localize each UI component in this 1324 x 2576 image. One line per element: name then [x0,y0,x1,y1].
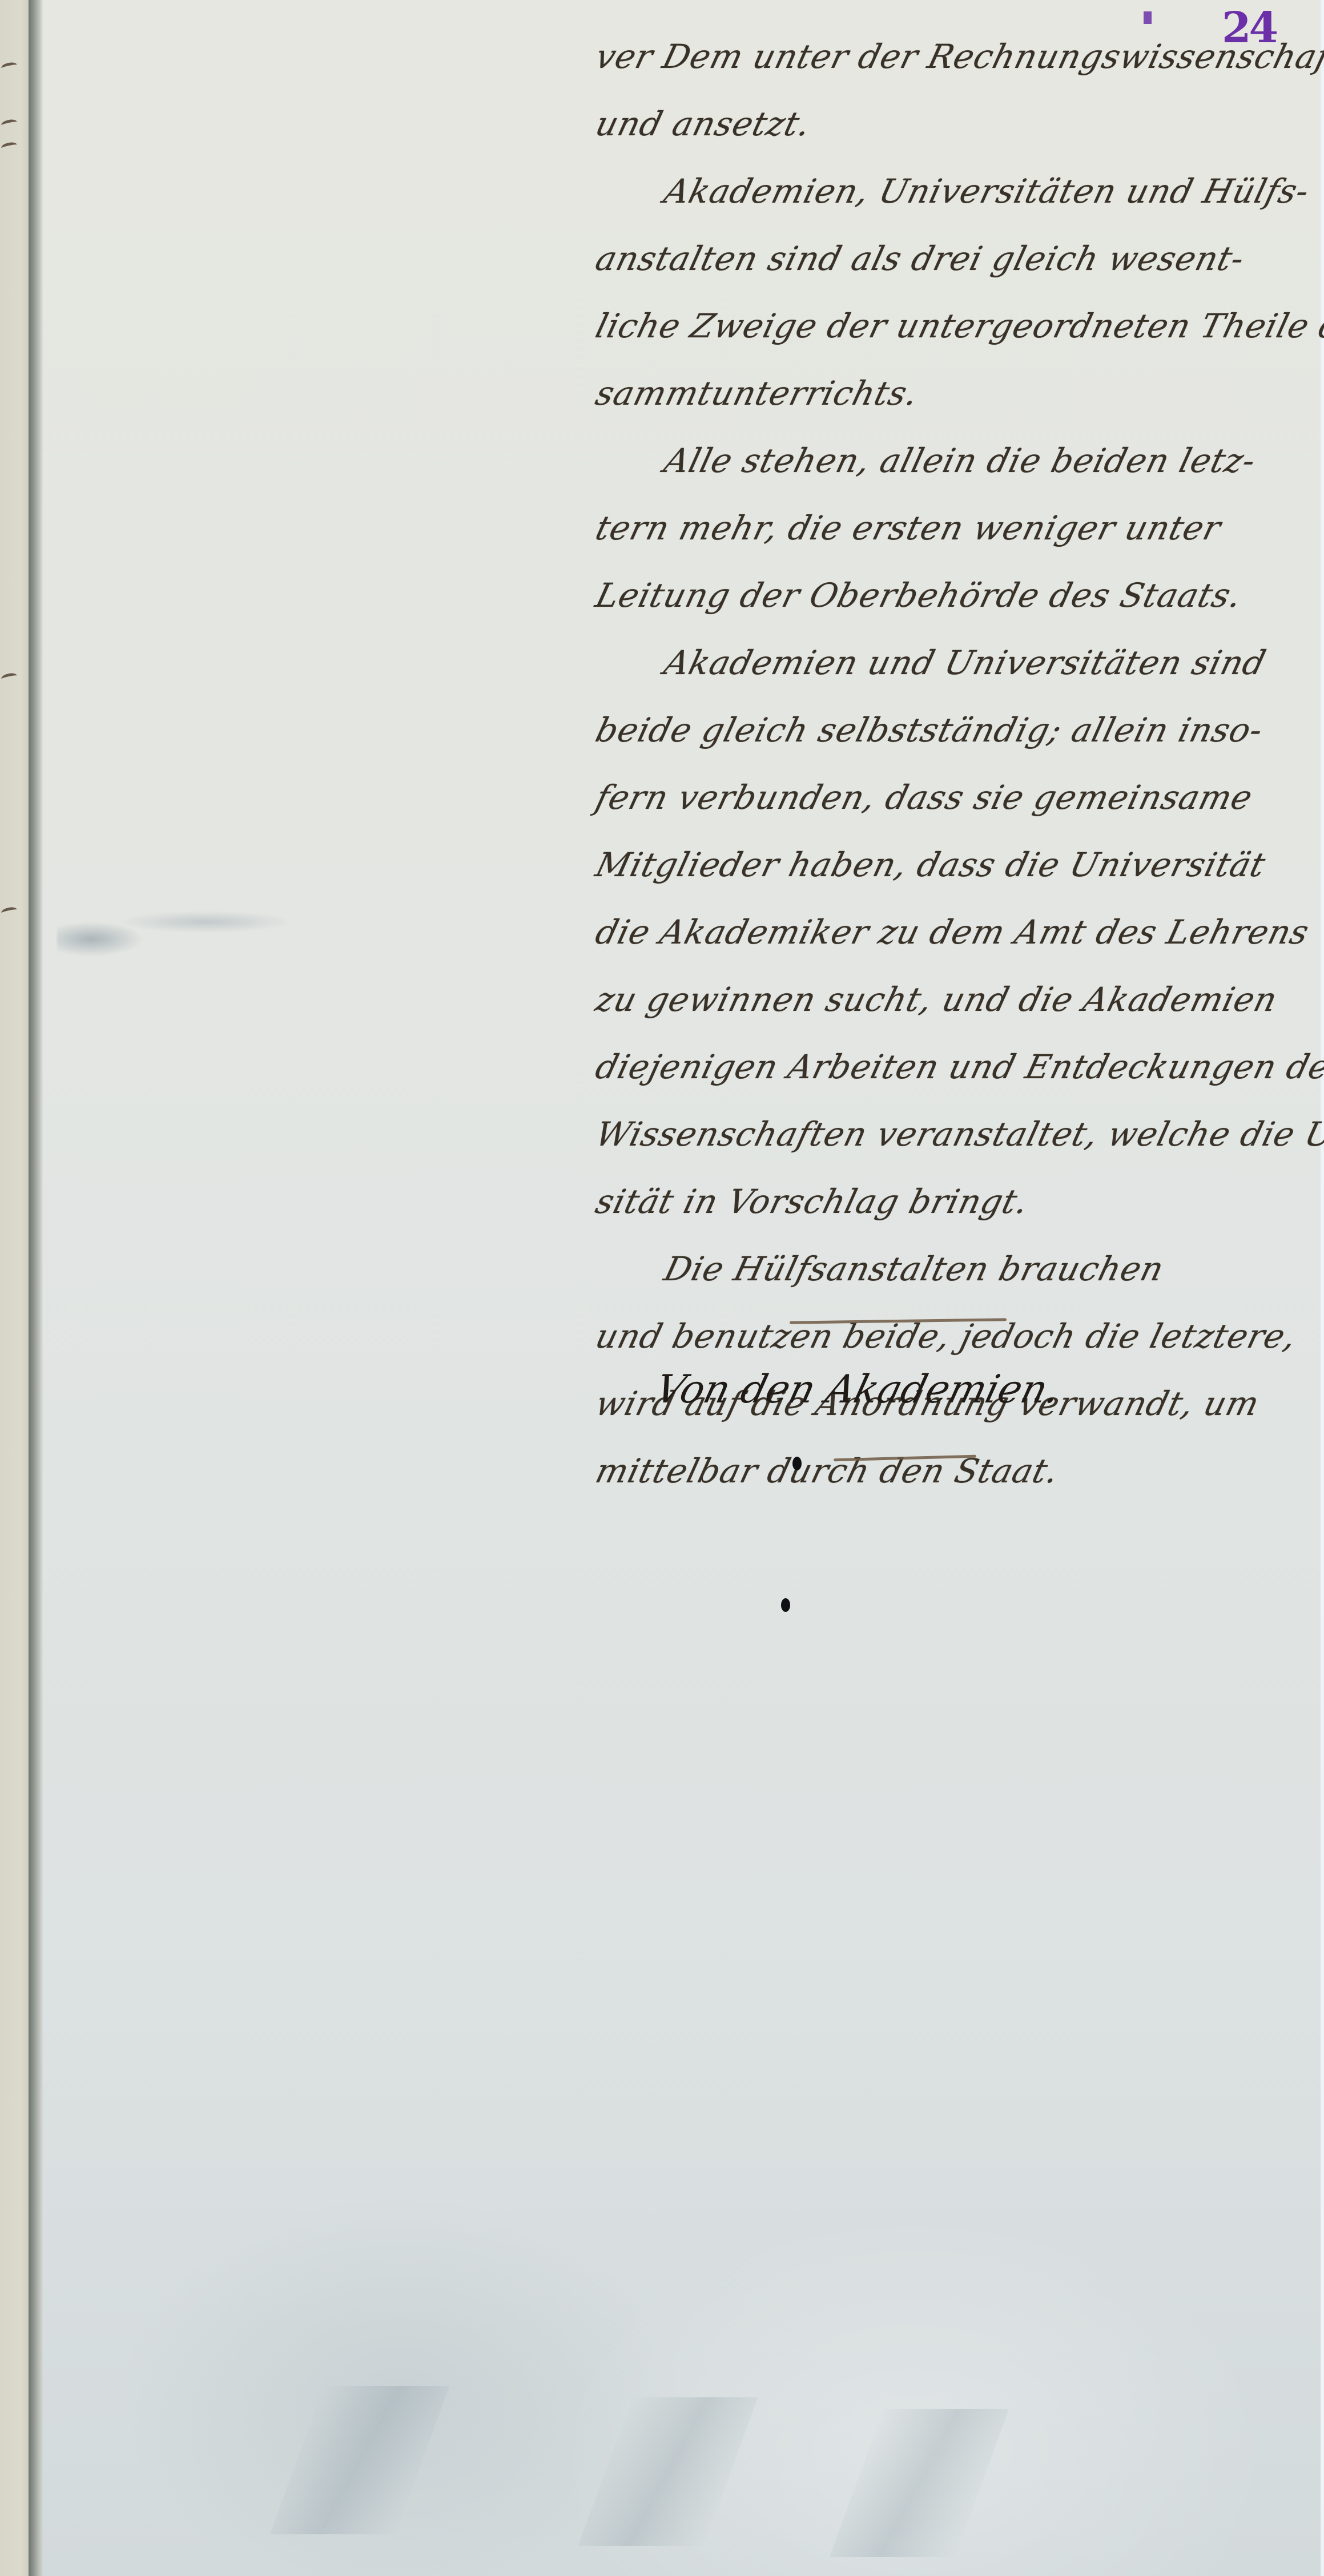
binding-gutter [29,0,43,2576]
text-line: die Akademiker zu dem Amt des Lehrens [588,898,1318,966]
text-line: zu gewinnen sucht, und die Akademien [588,966,1318,1033]
text-line: Die Hülfsanstalten brauchen [588,1235,1318,1303]
text-line: tern mehr, die ersten weniger unter [588,494,1318,562]
text-line: mittelbar durch den Staat. [588,1437,1318,1505]
section-heading: Von den Akademien. [651,1367,1065,1412]
text-line: sität in Vorschlag bringt. [588,1168,1318,1235]
ink-dot [792,1457,802,1470]
text-line: Alle stehen, allein die beiden letz- [588,427,1318,494]
facing-page-edge [0,0,30,2576]
text-line: anstalten sind als drei gleich wesent- [588,225,1318,292]
ink-fragment [1,141,18,152]
text-line: ver Dem unter der Rechnungswissenschaft [588,23,1318,90]
text-line: sammtunterrichts. [588,360,1318,427]
stamp-mark [1144,11,1152,24]
text-line: und ansetzt. [588,90,1318,158]
ink-fragment [1,61,18,72]
text-line: und benutzen beide, jedoch die letztere, [588,1303,1318,1370]
text-line: Leitung der Oberbehörde des Staats. [588,562,1318,629]
ink-dot [781,1598,790,1612]
ink-fragment [1,118,18,129]
text-line: Akademien, Universitäten und Hülfs- [588,158,1318,225]
text-line: beide gleich selbstständig; allein inso- [588,696,1318,764]
text-line: liche Zweige der untergeordneten Theile … [588,292,1318,360]
text-line: Akademien und Universitäten sind [588,629,1318,696]
text-line: Mitglieder haben, dass die Universität [588,831,1318,898]
stamp-smudge [57,905,303,959]
manuscript-text: ver Dem unter der Rechnungswissenschaft … [597,23,1310,1505]
scan-edge [1321,0,1324,2576]
text-line: diejenigen Arbeiten und Entdeckungen der [588,1033,1318,1100]
ink-fragment [1,672,18,683]
text-line: fern verbunden, dass sie gemeinsame [588,764,1318,831]
text-line: Wissenschaften veranstaltet, welche die … [588,1100,1318,1168]
ink-fragment [1,906,18,917]
